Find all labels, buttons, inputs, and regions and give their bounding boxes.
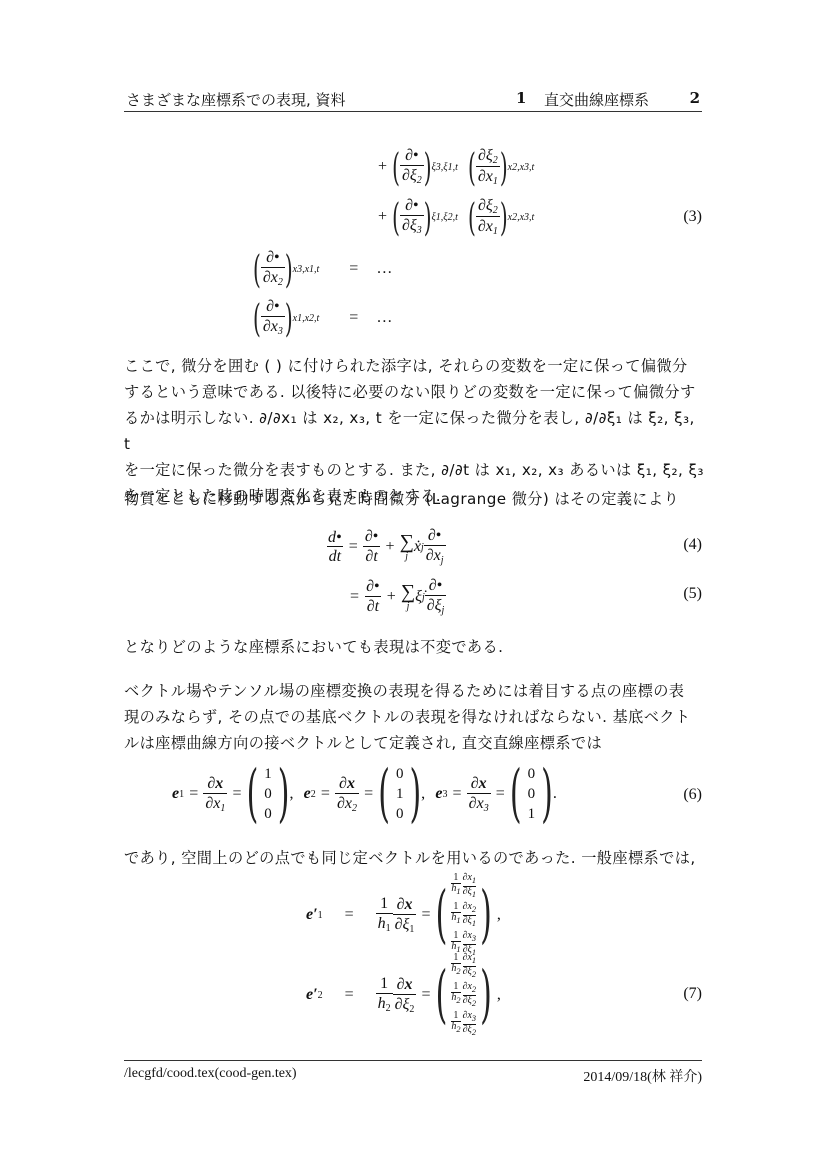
- column-vector: 1h1∂x1∂ξ1 1h1∂x2∂ξ1 1h1∂x3∂ξ1: [447, 872, 480, 959]
- eq3-line1: + ( ∂• ∂ξ2 )ξ3,ξ1,t ( ∂ξ2 ∂x1 )x2,x3,t: [378, 143, 534, 191]
- column-vector: 0 0 1: [522, 764, 542, 824]
- eq5: = ∂• ∂t + ∑ j ξ̇j ∂• ∂ξj: [350, 572, 446, 622]
- paragraph-invariance: となりどのような座標系においても表現は不変である.: [124, 634, 704, 660]
- plus-sign: +: [378, 208, 387, 226]
- equation-number-4: (4): [683, 536, 702, 554]
- footer-rule: [124, 1060, 702, 1061]
- left-paren: (: [392, 144, 400, 190]
- equation-number-3: (3): [683, 208, 702, 226]
- equation-number-6: (6): [683, 786, 702, 804]
- footer-file-path: /lecgfd/cood.tex(cood-gen.tex): [124, 1066, 297, 1082]
- column-vector: 1 0 0: [258, 764, 278, 824]
- eq4: d• dt = ∂• ∂t + ∑ j ẋj ∂• ∂xj: [326, 522, 446, 572]
- section-title: 直交曲線座標系: [544, 89, 649, 110]
- right-paren: ): [424, 144, 432, 190]
- running-header: さまざまな座標系での表現, 資料 1 直交曲線座標系 2: [124, 89, 702, 111]
- equation-number-7: (7): [683, 985, 702, 1003]
- fraction: ∂ξ2 ∂x1: [476, 146, 500, 188]
- section-number: 1: [516, 89, 526, 107]
- eq3-line2: + ( ∂• ∂ξ3 )ξ1,ξ2,t ( ∂ξ2 ∂x1 )x2,x3,t: [378, 193, 534, 241]
- equation-number-5: (5): [683, 585, 702, 603]
- fraction: ∂ξ2 ∂x1: [476, 196, 500, 238]
- eq7-row2: e′2 = 1 h2 ∂x ∂ξ2 = ( 1h2∂x1∂ξ2 1h2∂x2∂ξ…: [306, 960, 501, 1030]
- paragraph-basis-vectors: ベクトル場やテンソル場の座標変換の表現を得るためには着目する点の座標の表 現のみ…: [124, 678, 704, 756]
- constant-vars-subscript: ξ3,ξ1,t: [432, 162, 458, 173]
- paragraph-lagrange-intro: 物質とともに移動する点から見た時間微分 (Lagrange 微分) はその定義に…: [124, 486, 704, 512]
- column-vector: 0 1 0: [390, 764, 410, 824]
- fraction: ∂• ∂ξ3: [400, 197, 424, 236]
- paragraph-general-coords: であり, 空間上のどの点でも同じ定ベクトルを用いるのであった. 一般座標系では,: [124, 845, 704, 871]
- header-rule: [124, 111, 702, 112]
- fraction: ∂• ∂x2: [261, 249, 285, 288]
- summation: ∑ j: [401, 583, 415, 612]
- eq7-row1: e′1 = 1 h1 ∂x ∂ξ1 = ( 1h1∂x1∂ξ1 1h1∂x2∂ξ…: [306, 880, 501, 950]
- eq3-line4: ( ∂• ∂x3 )x1,x2,t = …: [253, 294, 392, 342]
- fraction: ∂• ∂x3: [261, 298, 285, 337]
- plus-sign: +: [378, 158, 387, 176]
- column-vector: 1h2∂x1∂ξ2 1h2∂x2∂ξ2 1h2∂x3∂ξ2: [447, 952, 480, 1039]
- eq3-line3: ( ∂• ∂x2 )x3,x1,t = …: [253, 245, 392, 293]
- page-number: 2: [690, 89, 700, 107]
- fraction: ∂• ∂ξ2: [400, 147, 424, 186]
- document-title: さまざまな座標系での表現, 資料: [126, 89, 346, 110]
- footer-date-author: 2014/09/18(林 祥介): [583, 1066, 702, 1086]
- eq6: e1 = ∂x ∂x1 = ( 1 0 0 ), e2 = ∂x ∂x2 = (…: [172, 758, 557, 830]
- summation: ∑ j: [400, 533, 414, 562]
